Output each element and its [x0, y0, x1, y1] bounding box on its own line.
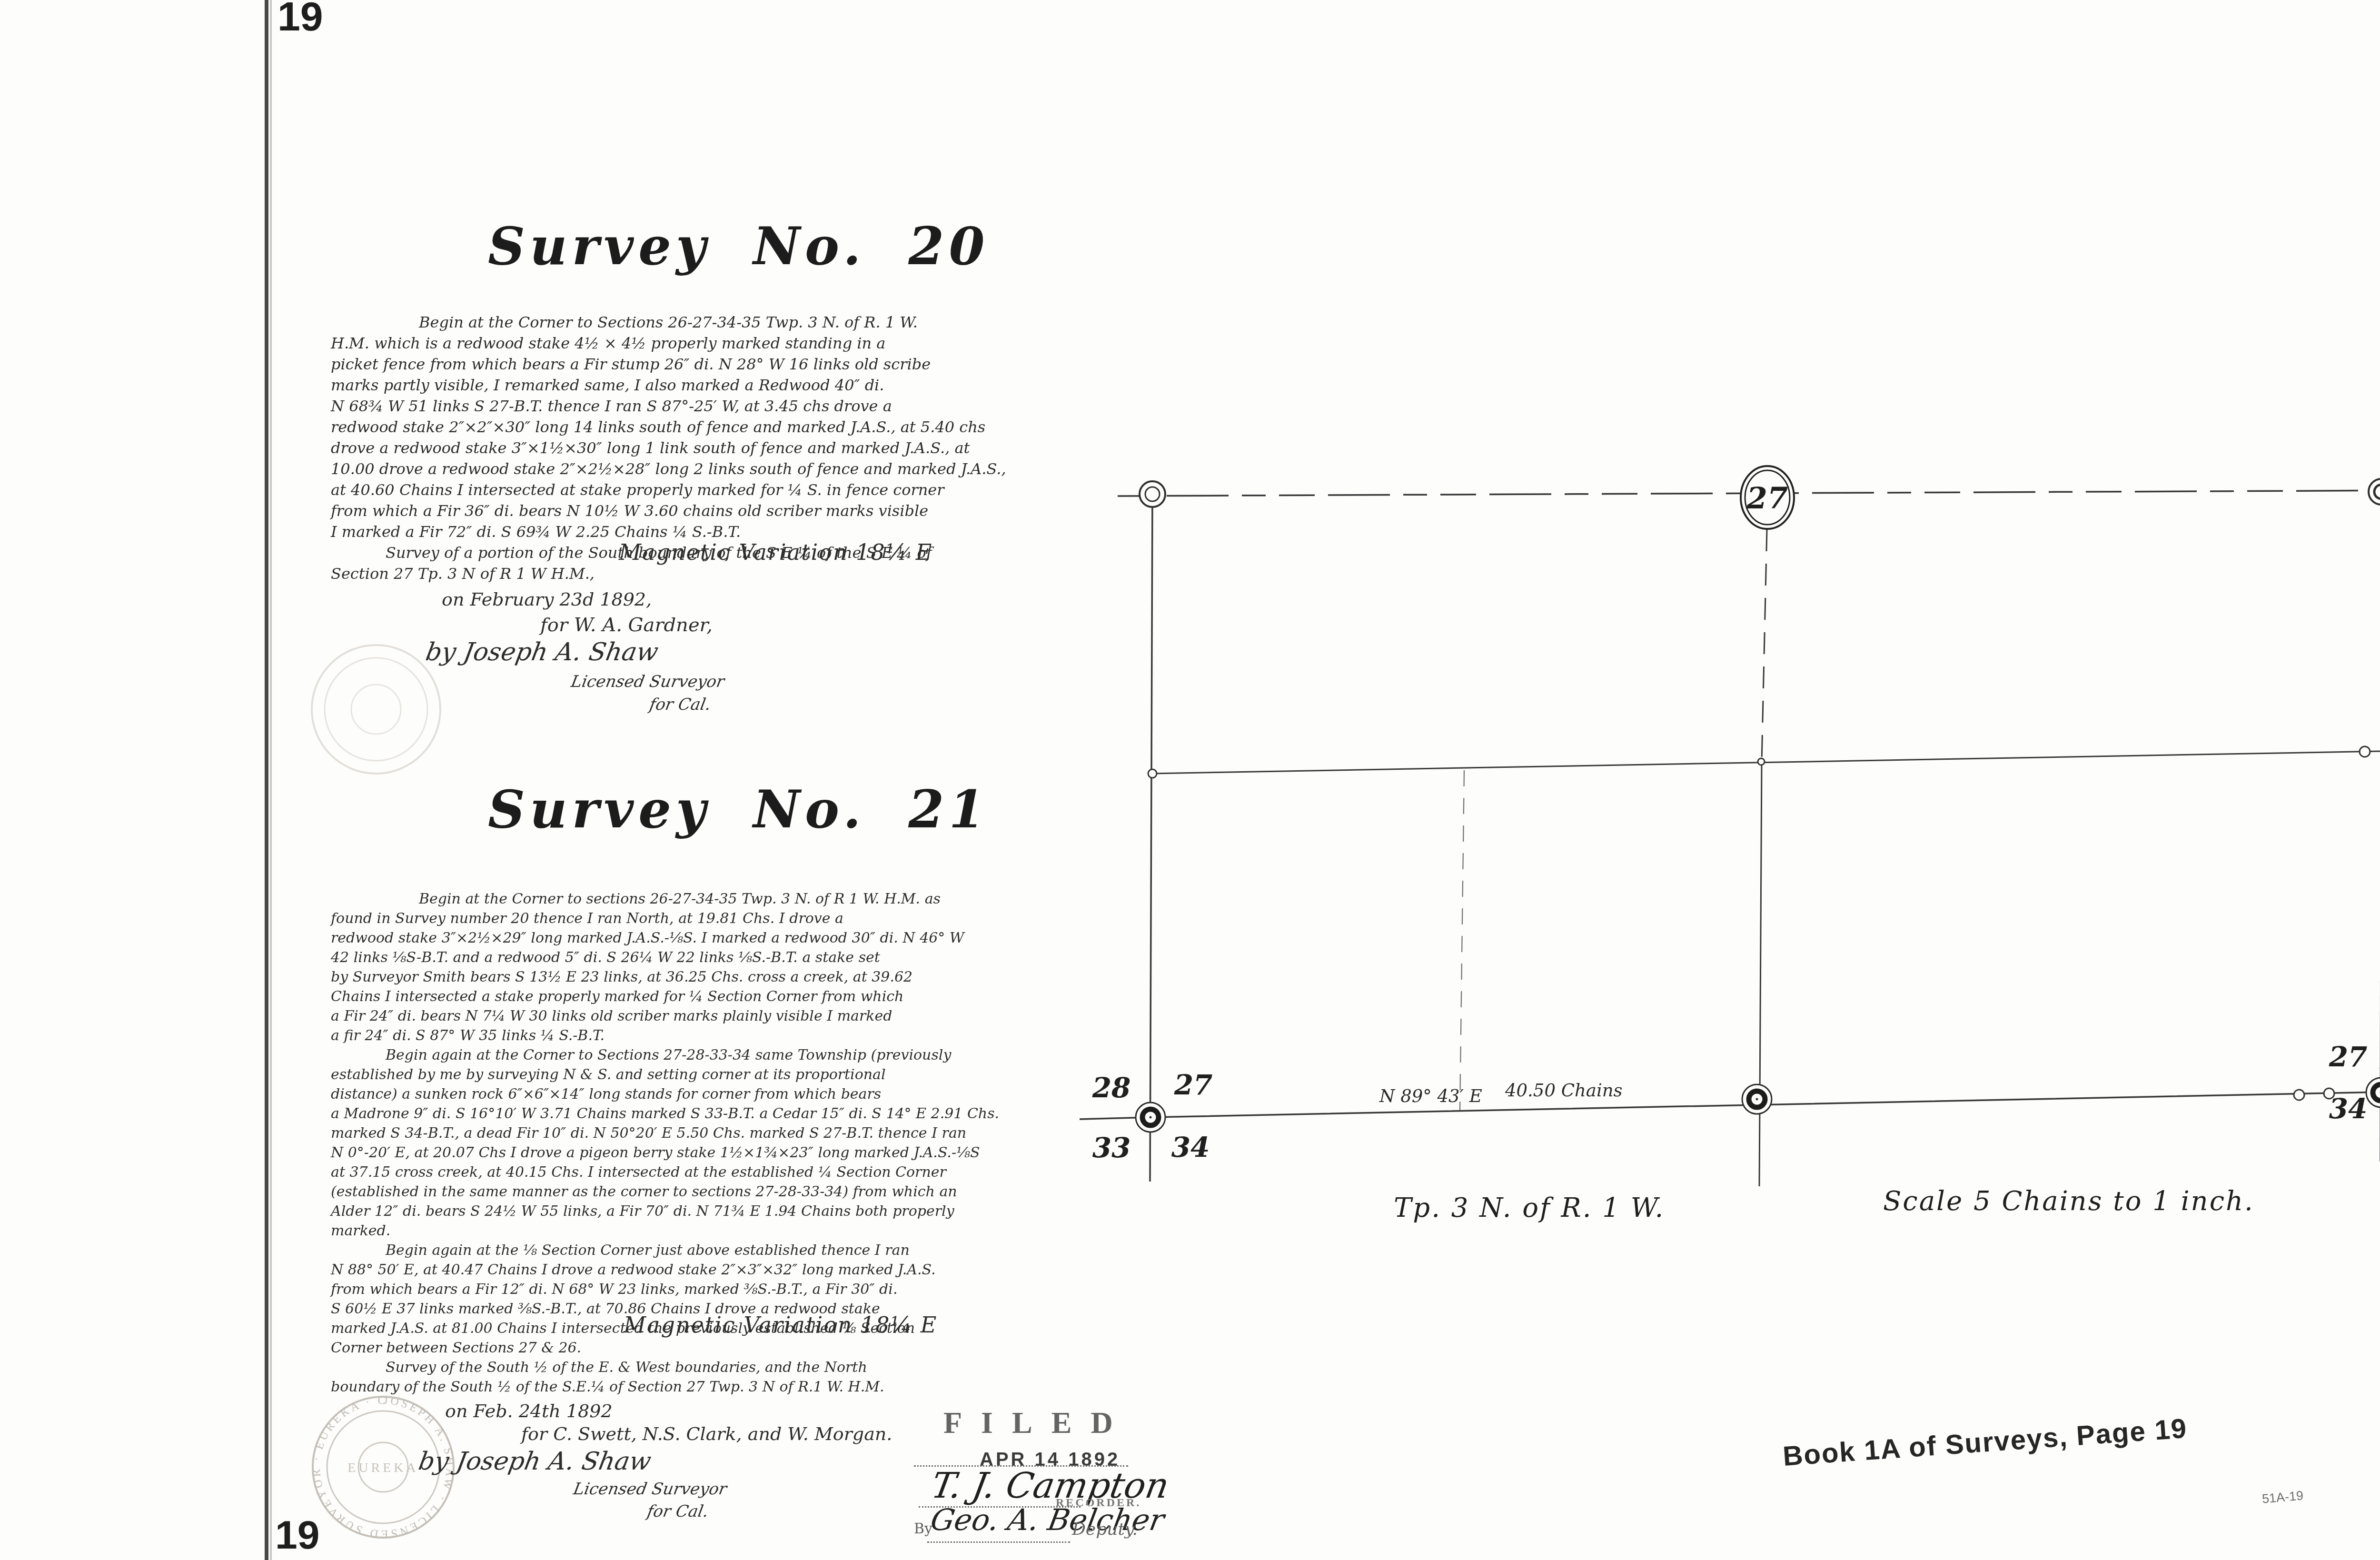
- survey-21-date: on Feb. 24th 1892: [445, 1401, 613, 1421]
- sixteenth-line-dashed: [1460, 770, 1464, 1110]
- deputy-label: Deputy.: [1072, 1520, 1138, 1539]
- surveyor-title-20: Licensed Surveyor: [569, 672, 725, 691]
- scanned-survey-page: JOSEPH A. SHAW · LICENSED SURVEYOR · EUR…: [0, 0, 2380, 1560]
- survey-line: a fir 24″ di. S 87° W 35 links ¼ S.-B.T.: [331, 1026, 1031, 1045]
- surveyor-signature-21: by Joseph A. Shaw: [416, 1447, 654, 1476]
- page-number-top: 19: [278, 0, 323, 40]
- survey-line: at 37.15 cross creek, at 40.15 Chs. I in…: [331, 1163, 1031, 1182]
- section-number: 28: [1092, 1072, 1131, 1104]
- survey-line: 42 links ⅛S-B.T. and a redwood 5″ di. S …: [331, 948, 1031, 967]
- station-circle: [2294, 1090, 2304, 1100]
- station-circle: [1148, 769, 1157, 778]
- survey-line: a Fir 24″ di. bears N 7¼ W 30 links old …: [331, 1006, 1031, 1026]
- survey-summary-line: Section 27 Tp. 3 N of R 1 W H.M.,: [331, 563, 1026, 584]
- station-circle: [1758, 758, 1765, 765]
- survey-line: distance) a sunken rock 6″×6″×14″ long s…: [331, 1084, 1031, 1104]
- survey-21-title: Survey No. 21: [488, 780, 990, 840]
- section-number: 34: [2329, 1093, 2368, 1125]
- page-number-bottom: 19: [275, 1512, 319, 1558]
- south-section-line: [1080, 1092, 2380, 1119]
- survey-20-for: for W. A. Gardner,: [540, 614, 713, 636]
- survey-summary-line: boundary of the South ½ of the S.E.¼ of …: [331, 1377, 1031, 1397]
- section-number-center: 27: [1746, 481, 1788, 516]
- survey-line: redwood stake 3″×2½×29″ long marked J.A.…: [331, 928, 1031, 948]
- surveyor-title-21: Licensed Surveyor: [572, 1480, 728, 1499]
- survey-20-title: Survey No. 20: [488, 217, 990, 277]
- west-section-line: [1150, 494, 1152, 1182]
- township-label: Tp. 3 N. of R. 1 W.: [1394, 1192, 1665, 1223]
- magnetic-variation-20: Magnetic Variation 18¼ E: [619, 539, 932, 565]
- magnetic-variation-21: Magnetic Variation 18¼ E: [624, 1312, 937, 1338]
- survey-line: a Madrone 9″ di. S 16°10′ W 3.71 Chains …: [331, 1104, 1031, 1123]
- survey-line: marks partly visible, I remarked same, I…: [331, 375, 1026, 396]
- quarter-corner-south: [1742, 1084, 1772, 1114]
- book-gutter-line: [265, 0, 268, 1560]
- survey-line: Corner between Sections 27 & 26.: [331, 1338, 1031, 1358]
- survey-line: Begin at the Corner to sections 26-27-34…: [331, 889, 1031, 909]
- filed-label: FILED: [943, 1405, 1132, 1441]
- section-lines: [1080, 410, 2380, 1186]
- distance-label: 40.50 Chains: [1505, 1080, 1623, 1101]
- scale-label: Scale 5 Chains to 1 inch.: [1883, 1186, 2254, 1217]
- survey-line: (established in the same manner as the c…: [331, 1182, 1031, 1202]
- survey-line: from which bears a Fir 12″ di. N 68° W 2…: [331, 1280, 1031, 1299]
- section-number: 27: [1174, 1069, 1213, 1101]
- survey-line: by Surveyor Smith bears S 13½ E 23 links…: [331, 967, 1031, 987]
- survey-21-for: for C. Swett, N.S. Clark, and W. Morgan.: [521, 1423, 892, 1444]
- survey-line: marked.: [331, 1221, 1031, 1241]
- survey-line: from which a Fir 36″ di. bears N 10½ W 3…: [331, 500, 1026, 521]
- survey-line: Begin again at the Corner to Sections 27…: [331, 1045, 1031, 1065]
- survey-line: Begin at the Corner to Sections 26-27-34…: [331, 312, 1026, 333]
- survey-line: redwood stake 2″×2″×30″ long 14 links so…: [331, 417, 1026, 437]
- seal-center-text: EUREKA: [347, 1461, 419, 1475]
- survey-line: at 40.60 Chains I intersected at stake p…: [331, 479, 1026, 500]
- survey-line: N 88° 50′ E, at 40.47 Chains I drove a r…: [331, 1260, 1031, 1280]
- section-center-marker: 27: [1741, 466, 1794, 529]
- survey-line: Alder 12″ di. bears S 24½ W 55 links, a …: [331, 1202, 1031, 1221]
- surveyor-location-20: for Cal.: [648, 695, 712, 714]
- section-corner-se: [2366, 1078, 2380, 1107]
- survey-line: N 68¾ W 51 links S 27-B.T. thence I ran …: [331, 396, 1026, 417]
- quarter-corner-ne: [2369, 479, 2380, 505]
- surveyor-signature-20: by Joseph A. Shaw: [424, 638, 661, 666]
- bearing-label: N 89° 43′ E: [1379, 1086, 1482, 1106]
- survey-20-date: on February 23d 1892,: [442, 589, 652, 610]
- stamp-rule: [927, 1541, 1070, 1543]
- filed-stamp: FILED APR 14 1892 T. J. Campton RECORDER…: [914, 1404, 1142, 1557]
- middle-eighth-line: [1152, 751, 2380, 774]
- survey-line: H.M. which is a redwood stake 4½ × 4½ pr…: [331, 333, 1026, 354]
- section-number: 33: [1092, 1132, 1131, 1164]
- book-gutter-shadow: [270, 0, 272, 1560]
- survey-line: found in Survey number 20 thence I ran N…: [331, 909, 1031, 928]
- embossed-seal: [312, 645, 440, 774]
- survey-line: established by me by surveying N & S. an…: [331, 1065, 1031, 1084]
- survey-line: 10.00 drove a redwood stake 2″×2½×28″ lo…: [331, 458, 1026, 479]
- quarter-line-dashed: [1762, 529, 1767, 763]
- corner-monuments: 27: [1136, 466, 2380, 1132]
- survey-line: picket fence from which bears a Fir stum…: [331, 354, 1026, 375]
- survey-line: N 0°-20′ E, at 20.07 Chs I drove a pigeo…: [331, 1143, 1031, 1163]
- station-circle: [2360, 746, 2370, 757]
- section-number: 27: [2329, 1041, 2368, 1073]
- surveyor-location-21: for Cal.: [645, 1502, 710, 1521]
- survey-line: Chains I intersected a stake properly ma…: [331, 987, 1031, 1006]
- section-number: 34: [1171, 1131, 1210, 1163]
- quarter-corner-nw: [1140, 481, 1165, 507]
- survey-line: drove a redwood stake 3″×1½×30″ long 1 l…: [331, 437, 1026, 458]
- section-corner-sw: [1136, 1103, 1165, 1132]
- quarter-line-solid: [1759, 763, 1762, 1186]
- survey-summary-line: Survey of the South ½ of the E. & West b…: [331, 1358, 1031, 1377]
- survey-line: marked S 34-B.T., a dead Fir 10″ di. N 5…: [331, 1123, 1031, 1143]
- survey-line: Begin again at the ⅛ Section Corner just…: [331, 1241, 1031, 1260]
